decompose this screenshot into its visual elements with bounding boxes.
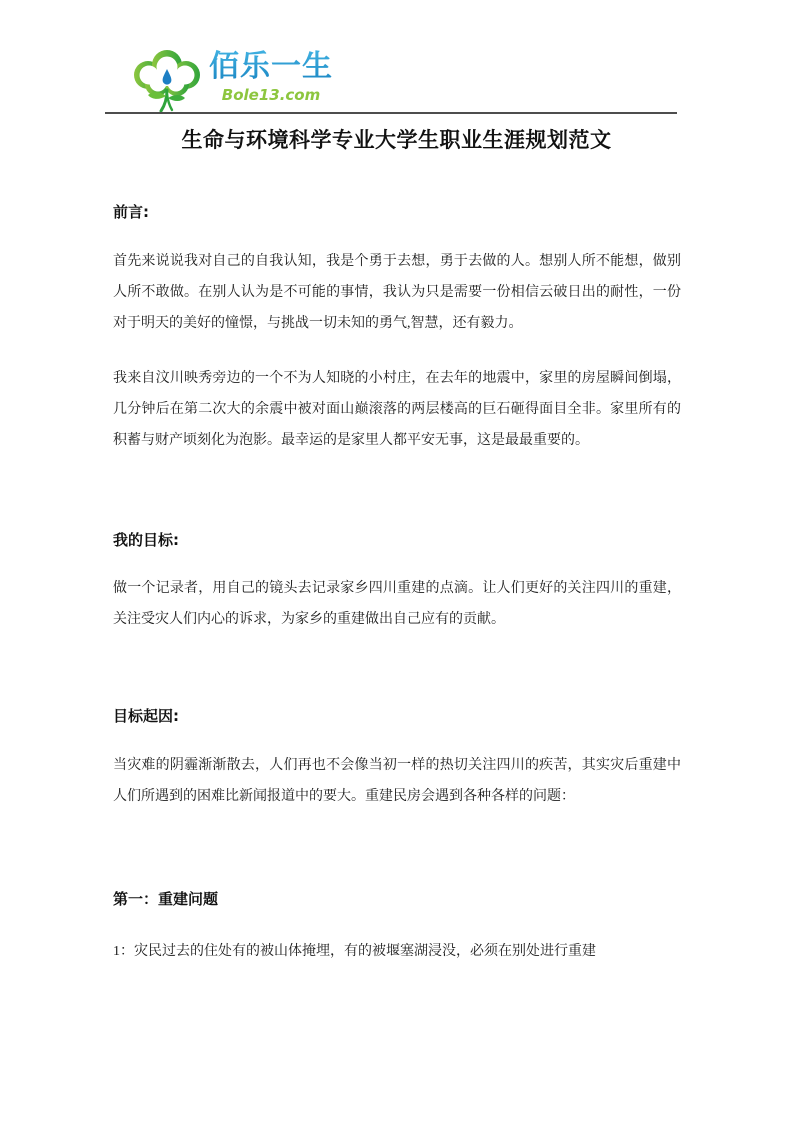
logo-brand-name: 佰乐一生 <box>209 49 333 84</box>
logo-site-url: Bole13.com <box>209 86 333 104</box>
paragraph: 我来自汶川映秀旁边的一个不为人知晓的小村庄，在去年的地震中，家里的房屋瞬间倒塌，… <box>113 363 681 456</box>
section-heading-rebuild-problem: 第一：重建问题 <box>113 888 681 909</box>
section-heading-my-goal: 我的目标: <box>113 529 681 550</box>
logo-text-group: 佰乐一生 Bole13.com <box>209 50 333 104</box>
paragraph: 首先来说说我对自己的自我认知，我是个勇于去想，勇于去做的人。想别人所不能想，做别… <box>113 246 681 339</box>
header-divider <box>105 112 677 114</box>
section-heading-preface: 前言: <box>113 201 681 222</box>
site-logo: 佰乐一生 Bole13.com <box>127 50 333 114</box>
paragraph: 当灾难的阴霾渐渐散去，人们再也不会像当初一样的热切关注四川的疾苦，其实灾后重建中… <box>113 750 681 812</box>
tree-cloud-droplet-icon <box>127 50 207 114</box>
paragraph: 做一个记录者，用自己的镜头去记录家乡四川重建的点滴。让人们更好的关注四川的重建，… <box>113 573 681 635</box>
document-page: 佰乐一生 Bole13.com 生命与环境科学专业大学生职业生涯规划范文 前言:… <box>0 0 793 1122</box>
section-heading-goal-reason: 目标起因: <box>113 705 681 726</box>
paragraph: 1：灾民过去的住处有的被山体掩埋，有的被堰塞湖浸没，必须在别处进行重建 <box>113 936 681 967</box>
document-title: 生命与环境科学专业大学生职业生涯规划范文 <box>0 124 793 154</box>
